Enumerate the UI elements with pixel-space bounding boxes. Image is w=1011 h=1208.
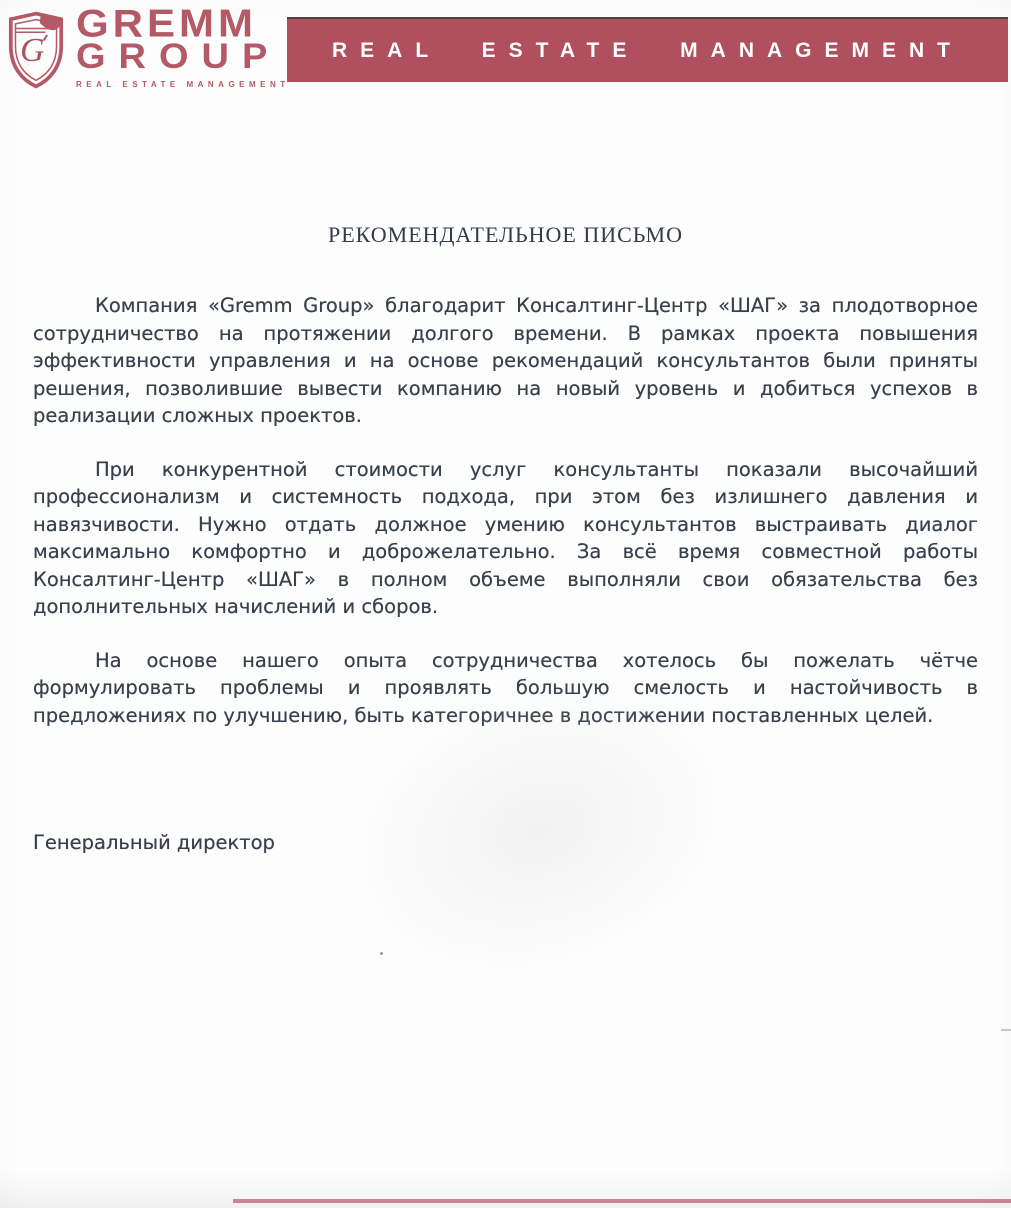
letter-paragraph-1: Компания «Gremm Group» благодарит Консал… [33,292,978,430]
logo-name-line1: GREMM [76,8,290,39]
logo-name-line2: GROUP [76,42,290,71]
letter-paragraph-2: При конкурентной стоимости услуг консуль… [33,456,978,621]
scan-speck-dot [380,952,383,955]
footer-accent-line [233,1199,1011,1203]
letter-body: РЕКОМЕНДАТЕЛЬНОЕ ПИСЬМО Компания «Gremm … [33,222,978,854]
letter-title: РЕКОМЕНДАТЕЛЬНОЕ ПИСЬМО [33,222,978,248]
letter-paragraph-3: На основе нашего опыта сотрудничества хо… [33,647,978,730]
document-page: G GREMM GROUP REAL ESTATE MANAGEMENT REA… [0,0,1011,1208]
signature-title: Генеральный директор [33,831,978,854]
logo-wordmark: GREMM GROUP REAL ESTATE MANAGEMENT [76,8,290,89]
shield-logo-icon: G [8,10,64,90]
company-logo: G GREMM GROUP REAL ESTATE MANAGEMENT [8,8,290,90]
banner-text: REAL ESTATE MANAGEMENT [332,39,963,63]
header-banner: REAL ESTATE MANAGEMENT [287,17,1008,82]
letterhead: G GREMM GROUP REAL ESTATE MANAGEMENT REA… [0,0,1011,110]
monogram-glyph: G [20,32,44,69]
logo-tagline: REAL ESTATE MANAGEMENT [76,80,290,89]
scan-speck-dash [1001,1029,1011,1031]
monogram-text: G [20,32,44,69]
